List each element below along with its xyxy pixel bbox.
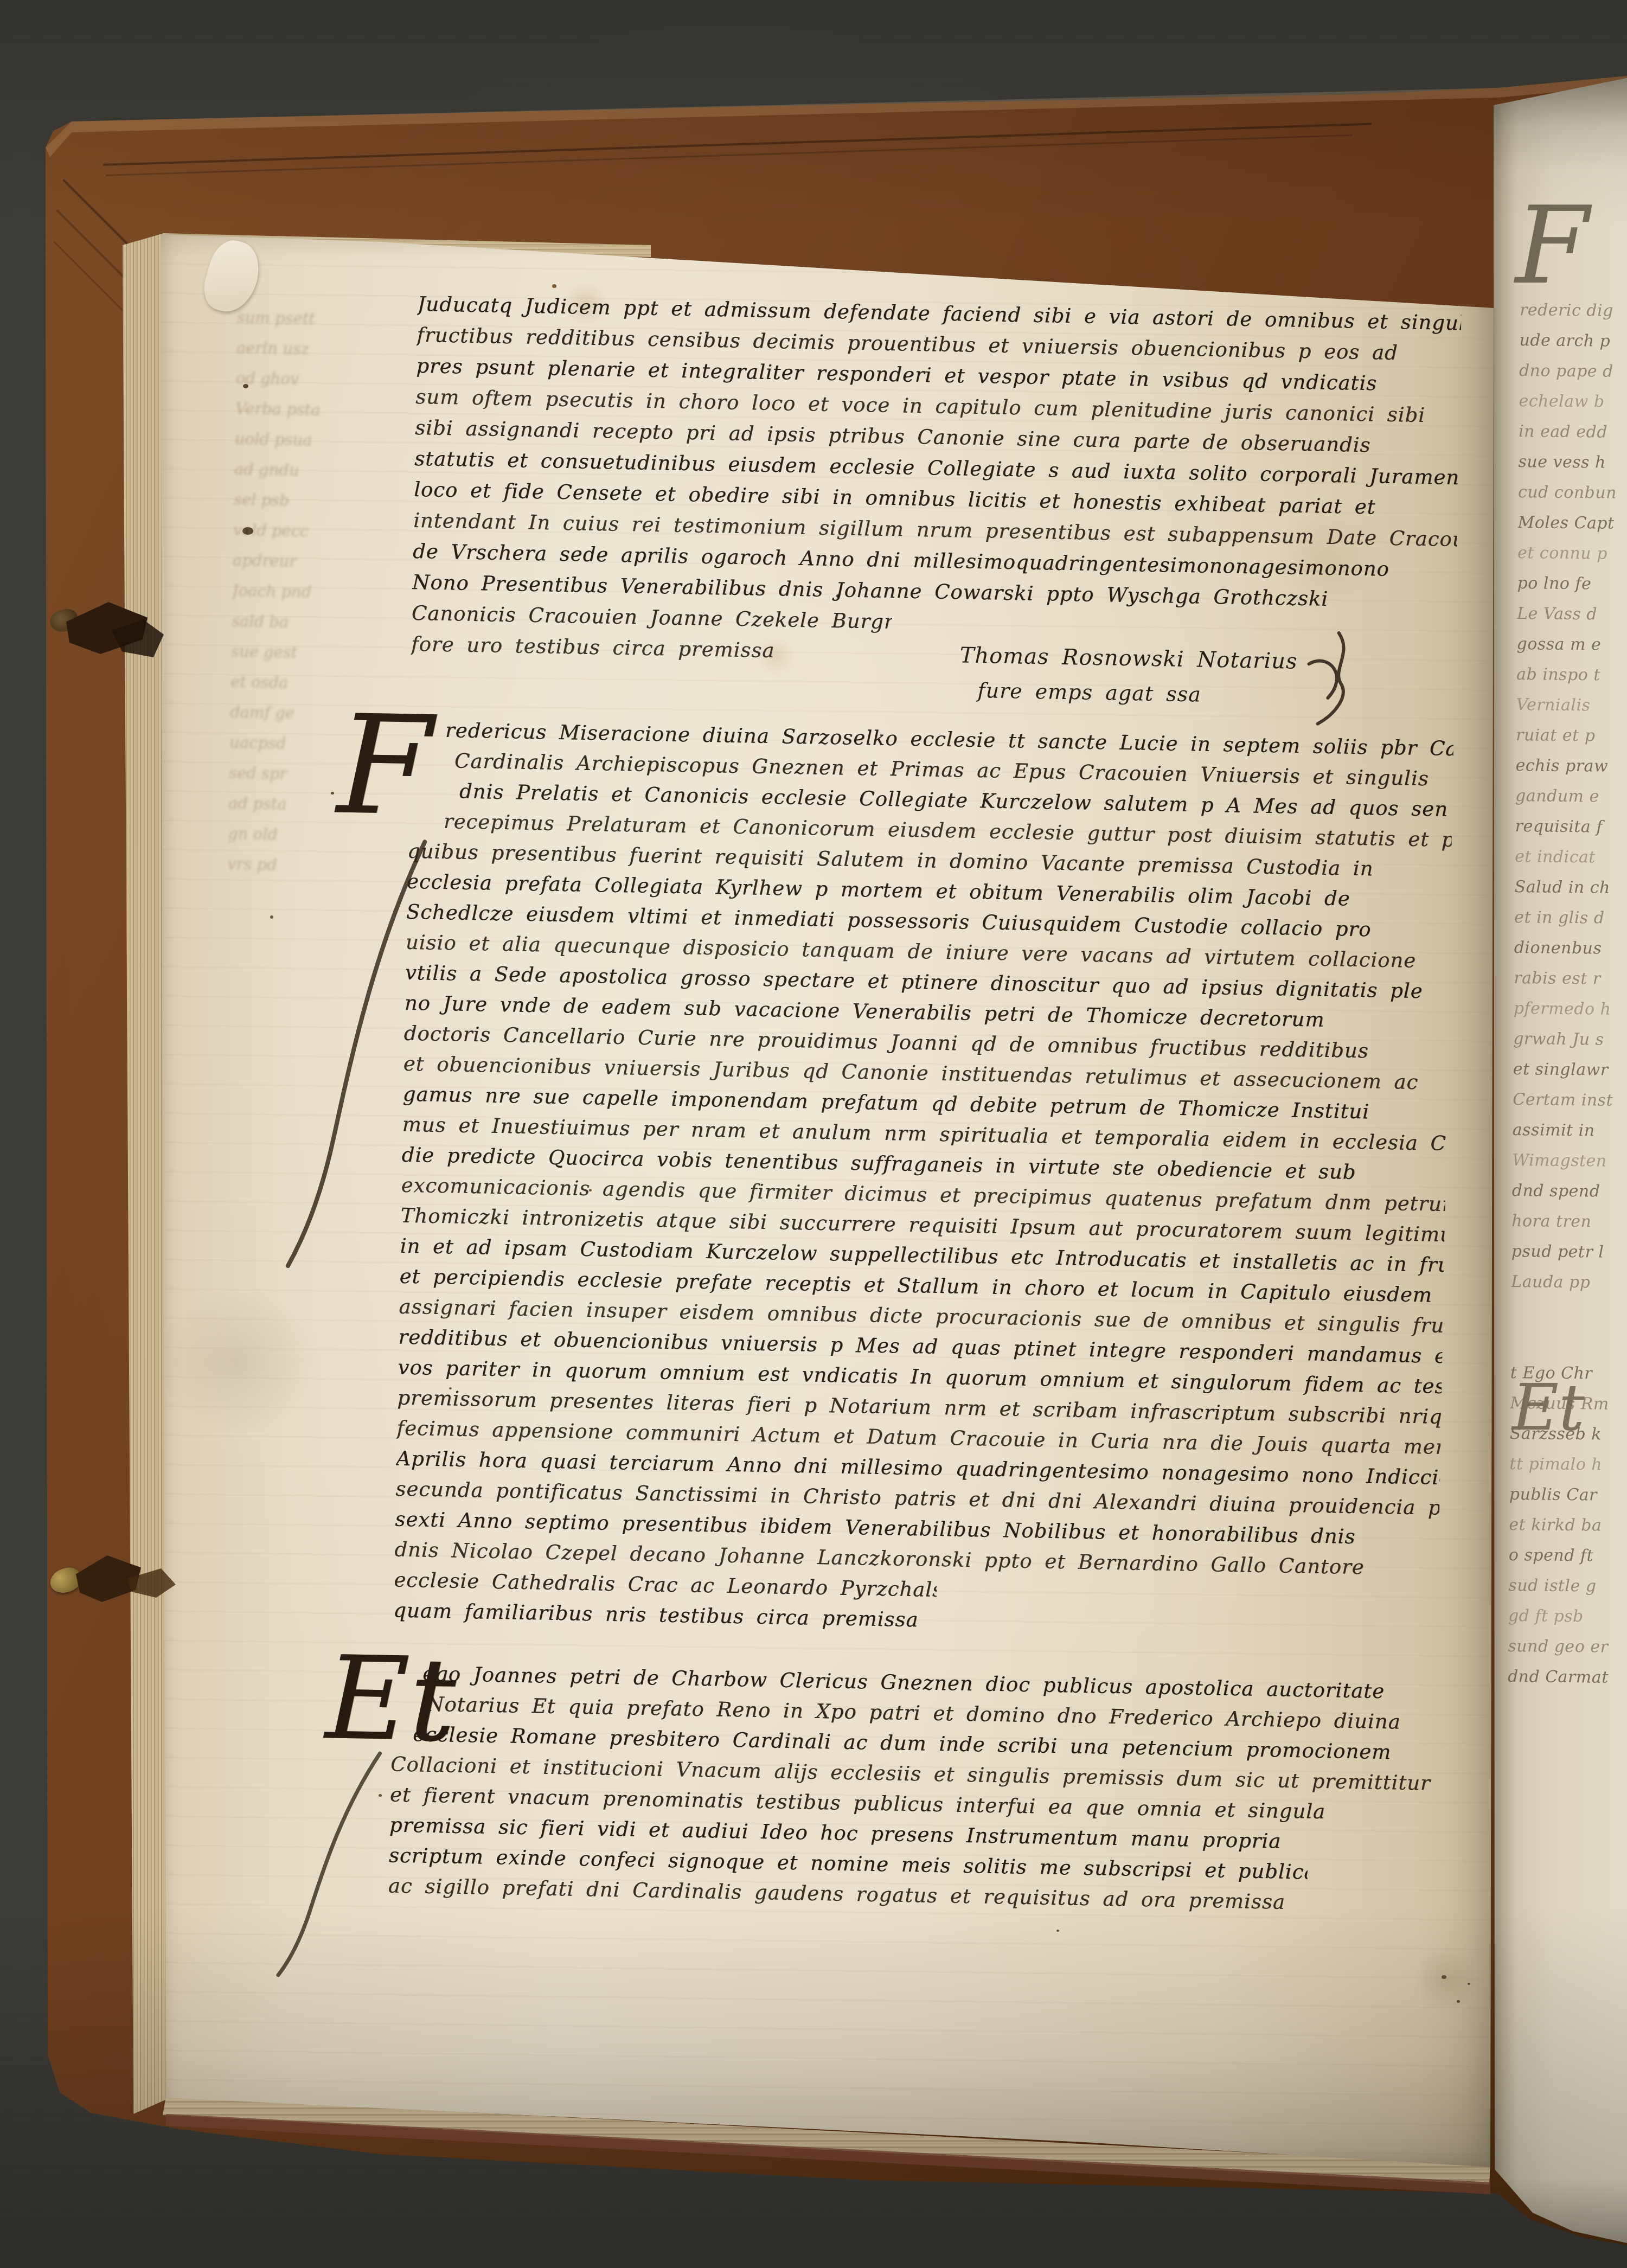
next-page-text-line: dnd spend xyxy=(1512,1176,1627,1207)
next-page-text-line: echelaw b xyxy=(1519,386,1627,418)
drop-cap-F-tail xyxy=(281,833,436,1275)
next-page-text-line: ruiat et p xyxy=(1516,720,1627,752)
manuscript-photo: { "document_type": "bound manuscript reg… xyxy=(0,0,1627,2268)
paragraph-et-ego: ego Joannes petri de Charbow Clericus Gn… xyxy=(388,1658,1437,1920)
next-page-text-line: cud conbun xyxy=(1518,477,1627,509)
next-page-text-line: in ead edd xyxy=(1519,417,1627,448)
next-page-text-line: assimit in xyxy=(1513,1115,1627,1146)
next-page-text-fragments: rederic digude arch pdno pape dechelaw b… xyxy=(1507,295,1627,1815)
clasp-remnant-upper xyxy=(47,593,188,675)
next-page-text-line: tt pimalo h xyxy=(1509,1449,1624,1481)
showthrough-line: ad gndu xyxy=(234,454,413,488)
next-page-text-line: et kirkd ba xyxy=(1509,1510,1624,1541)
next-page-text-line xyxy=(1507,1692,1622,1724)
next-page-text-line: Certam inst xyxy=(1513,1085,1627,1116)
next-page-text-line: Le Vass d xyxy=(1517,599,1627,630)
next-page-text-line xyxy=(1511,1297,1626,1329)
showthrough-line: vold pecc xyxy=(233,515,412,548)
showthrough-line: sue gest xyxy=(231,636,411,670)
next-page-text-line: ude arch p xyxy=(1519,325,1627,357)
next-page-text-line: gd ft psb xyxy=(1508,1601,1623,1632)
manuscript-text: Juducatq Judicem ppt et admissum defenda… xyxy=(388,289,1462,1920)
showthrough-line: apdreur xyxy=(233,545,412,579)
showthrough-line: sel psb xyxy=(233,484,413,518)
showthrough-line: sald ba xyxy=(232,606,411,639)
next-page-drop-cap-F: F xyxy=(1515,193,1589,299)
next-page-text-line: dnd Carmat xyxy=(1508,1662,1623,1693)
next-page-text-line: dno pape d xyxy=(1519,356,1627,387)
next-page-text-line: echis praw xyxy=(1515,751,1627,782)
next-page-text-line: Lauda pp xyxy=(1511,1267,1626,1298)
next-page-text-line: sue vess h xyxy=(1518,447,1627,478)
showthrough-line: od ghov xyxy=(235,363,415,396)
showthrough-line: aerln usz xyxy=(236,332,415,366)
clasp-remnant-lower xyxy=(46,1550,187,1615)
next-page-text-line: dionenbus xyxy=(1514,933,1627,964)
next-page-text-line: hora tren xyxy=(1511,1206,1626,1238)
next-page-text-line: Vernialis xyxy=(1516,690,1627,721)
next-page-text-line: Mczuus Rm xyxy=(1510,1388,1625,1420)
drop-cap-Et: Et xyxy=(324,1641,457,1758)
drop-cap-Et-tail xyxy=(274,1745,392,1981)
next-page-text-line: et in glis d xyxy=(1514,902,1627,934)
showthrough-line: sum psett xyxy=(236,302,416,336)
paragraph-fredericus: redericus Miseracione diuina Sarzoselko … xyxy=(393,715,1453,1645)
next-page-text-line: sud istle g xyxy=(1508,1571,1623,1602)
drop-cap-F: F xyxy=(336,697,433,835)
next-page-text-line xyxy=(1507,1753,1622,1784)
next-page-text-line: et connu p xyxy=(1517,538,1627,569)
next-page-text-line: gandum e xyxy=(1515,781,1627,812)
next-page-text-line: Salud in ch xyxy=(1514,872,1627,904)
next-page-text-line: et singlawr xyxy=(1513,1054,1627,1086)
next-page-sliver: F Et rederic digude arch pdno pape deche… xyxy=(1494,78,1627,2243)
showthrough-line: Verba psta xyxy=(235,393,414,427)
notary-paraph-flourish xyxy=(1295,628,1361,732)
showthrough-line: Joach pnd xyxy=(232,575,412,609)
next-page-text-line: et indicat xyxy=(1515,842,1627,873)
next-page-text-line: gossa m e xyxy=(1516,629,1627,661)
next-page-text-line xyxy=(1507,1783,1622,1815)
next-page-text-line: o spend ft xyxy=(1509,1540,1624,1572)
next-page-text-line: rederic dig xyxy=(1520,295,1627,326)
next-page-text-line: psud petr l xyxy=(1511,1236,1626,1268)
next-page-text-line: grwah Ju s xyxy=(1513,1024,1627,1055)
next-page-text-line xyxy=(1510,1328,1625,1359)
next-page-text-line: Moles Capt xyxy=(1517,508,1627,539)
next-page-text-line: po lno fe xyxy=(1517,568,1627,600)
paragraph-judicatum: Juducatq Judicem ppt et admissum defenda… xyxy=(411,289,1461,678)
notary-signature-block: Thomas Rosnowski Notarius fure emps agat… xyxy=(959,638,1470,716)
next-page-text-line xyxy=(1507,1722,1622,1754)
next-page-text-line: pfermedo h xyxy=(1513,994,1627,1025)
showthrough-line: uold psua xyxy=(234,424,414,457)
next-page-text-line: requisita f xyxy=(1515,811,1627,843)
next-page-text-line: ab inspo t xyxy=(1516,659,1627,691)
next-page-text-line: publis Car xyxy=(1509,1479,1624,1511)
next-page-text-line: t Ego Chr xyxy=(1510,1358,1625,1389)
next-page-text-line: Sarzsseb k xyxy=(1510,1419,1625,1450)
next-page-text-line: rabis est r xyxy=(1514,963,1627,995)
next-page-text-line: Wimagsten xyxy=(1512,1145,1627,1177)
next-page-text-line: sund geo er xyxy=(1508,1631,1623,1663)
